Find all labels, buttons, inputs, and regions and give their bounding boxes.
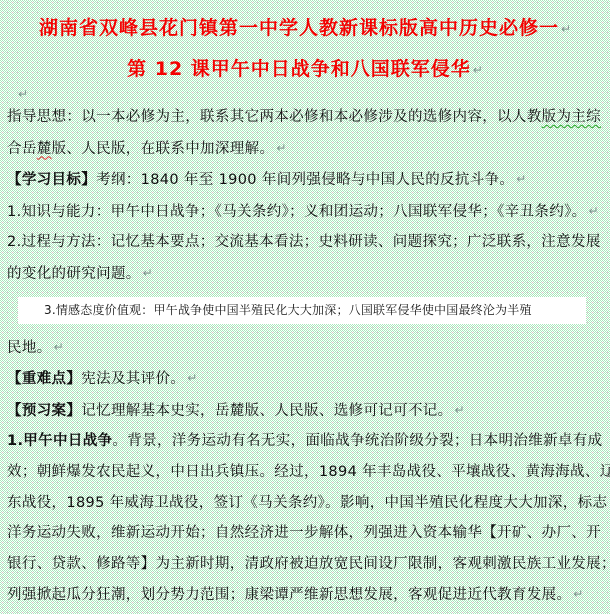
values-text: 3.情感态度价值观：甲午战争使中国半殖民化大大加深；八国联军侵华使中国最终沦为半… (44, 303, 532, 317)
paragraph-mark-icon: ↵ (185, 371, 197, 385)
war-text: 列强掀起瓜分狂潮，划分势力范围；康梁谭严维新思想发展，客观促进近代教育发展。 (7, 587, 571, 603)
goals-text: 考纲：1840 年至 1900 年间列强侵略与中国人民的反抗斗争。 (96, 172, 514, 188)
paragraph-mark-icon: ↵ (16, 87, 28, 101)
title-line-2-text: 第 12 课甲午中日战争和八国联军侵华 (127, 58, 471, 80)
process-text: 的变化的研究问题。 (7, 266, 141, 282)
paragraph-war-line-5: 银行、贷款、修路等】为主新时期，清政府被迫放宽民间设厂限制，客观刺激民族工业发展… (7, 549, 606, 580)
document-title: 湖南省双峰县花门镇第一中学人教新课标版高中历史必修一↵ 第 12 课甲午中日战争… (0, 8, 610, 90)
war-text: 洋务运动失败，维新运动开始；自然经济进一步解体，列强进入资本输华【开矿、办厂、开 (7, 525, 601, 541)
paragraph-values-continuation: 民地。↵ (7, 332, 606, 364)
paragraph-war-line-1: 1.甲午中日战争。背景，洋务运动有名无实，面临战争统治阶级分裂；日本明治维新卓有… (7, 426, 606, 457)
paragraph-preview: 【预习案】记忆理解基本史实，岳麓版、人民版、选修可记可不记。↵ (7, 395, 606, 427)
war-text: 东战役，1895 年威海卫战役，签订《马关条约》。影响，中国半殖民化程度大大加深… (7, 495, 607, 511)
paragraph-knowledge: 1.知识与能力：甲午中日战争；《马关条约》；义和团运动；八国联军侵华；《辛丑条约… (7, 196, 606, 228)
war-text: 。背景，洋务运动有名无实，面临战争统治阶级分裂；日本明治维新卓有成 (112, 433, 602, 449)
paragraph-war-line-4: 洋务运动失败，维新运动开始；自然经济进一步解体，列强进入资本输华【开矿、办厂、开 (7, 518, 606, 549)
war-heading: 1.甲午中日战争 (7, 433, 112, 449)
paragraph-war-line-2: 效；朝鲜爆发农民起义，中日出兵镇压。经过，1894 年丰岛战役、平壤战役、黄海海… (7, 457, 606, 488)
war-text: 银行、贷款、修路等】为主新时期，清政府被迫放宽民间设厂限制，客观刺激民族工业发展… (7, 556, 610, 572)
key-points-text: 宪法及其评价。 (81, 371, 185, 387)
guiding-text: 合岳 (7, 141, 37, 157)
paragraph-guiding-line-1: 指导思想：以一本必修为主，联系其它两本必修和本必修涉及的选修内容，以人教版为主综 (7, 102, 606, 133)
process-text: 2.过程与方法：记忆基本要点；交流基本看法；史料研读、问题探究；广泛联系，注意发… (7, 234, 601, 250)
document-body: 指导思想：以一本必修为主，联系其它两本必修和本必修涉及的选修内容，以人教版为主综… (7, 102, 606, 611)
title-line-2: 第 12 课甲午中日战争和八国联军侵华↵ (0, 49, 610, 90)
paragraph-mark-icon: ↵ (52, 340, 64, 354)
title-line-1: 湖南省双峰县花门镇第一中学人教新课标版高中历史必修一↵ (0, 8, 610, 49)
values-continuation-text: 民地。 (7, 340, 52, 356)
paragraph-mark-icon: ↵ (587, 204, 599, 218)
paragraph-war-line-6: 列强掀起瓜分狂潮，划分势力范围；康梁谭严维新思想发展，客观促进近代教育发展。↵ (7, 579, 606, 611)
paragraph-mark-icon: ↵ (471, 63, 483, 77)
paragraph-mark-icon: ↵ (571, 587, 583, 601)
paragraph-key-points: 【重难点】宪法及其评价。↵ (7, 363, 606, 395)
spelling-underline-text: 麓 (37, 141, 52, 157)
grammar-underline-text: 版为主综 (542, 109, 601, 125)
paragraph-mark-icon: ↵ (453, 403, 465, 417)
paragraph-process-line-1: 2.过程与方法：记忆基本要点；交流基本看法；史料研读、问题探究；广泛联系，注意发… (7, 227, 606, 258)
paragraph-mark-icon: ↵ (514, 172, 526, 186)
key-points-heading: 【重难点】 (7, 371, 81, 387)
paragraph-mark-icon: ↵ (141, 266, 153, 280)
paragraph-mark-icon: ↵ (274, 141, 286, 155)
paragraph-war-line-3: 东战役，1895 年威海卫战役，签订《马关条约》。影响，中国半殖民化程度大大加深… (7, 488, 606, 519)
guiding-text: 版、人民版，在联系中加深理解。 (52, 141, 275, 157)
title-line-1-text: 湖南省双峰县花门镇第一中学人教新课标版高中历史必修一 (39, 17, 559, 39)
paragraph-mark-icon: ↵ (559, 22, 571, 36)
highlighted-values-box: 3.情感态度价值观：甲午战争使中国半殖民化大大加深；八国联军侵华使中国最终沦为半… (18, 297, 586, 324)
paragraph-process-line-2: 的变化的研究问题。↵ (7, 258, 606, 290)
preview-heading: 【预习案】 (7, 403, 81, 419)
preview-text: 记忆理解基本史实，岳麓版、人民版、选修可记可不记。 (81, 403, 452, 419)
paragraph-goals: 【学习目标】考纲：1840 年至 1900 年间列强侵略与中国人民的反抗斗争。↵ (7, 164, 606, 196)
document-page: 湖南省双峰县花门镇第一中学人教新课标版高中历史必修一↵ 第 12 课甲午中日战争… (0, 0, 610, 614)
guiding-text: 指导思想：以一本必修为主，联系其它两本必修和本必修涉及的选修内容，以人教 (7, 109, 542, 125)
empty-paragraph: ↵ (16, 84, 28, 104)
goals-heading: 【学习目标】 (7, 172, 96, 188)
war-text: 效；朝鲜爆发农民起义，中日出兵镇压。经过，1894 年丰岛战役、平壤战役、黄海海… (7, 464, 610, 480)
knowledge-text: 1.知识与能力：甲午中日战争；《马关条约》；义和团运动；八国联军侵华；《辛丑条约… (7, 204, 587, 220)
paragraph-guiding-line-2: 合岳麓版、人民版，在联系中加深理解。↵ (7, 133, 606, 165)
